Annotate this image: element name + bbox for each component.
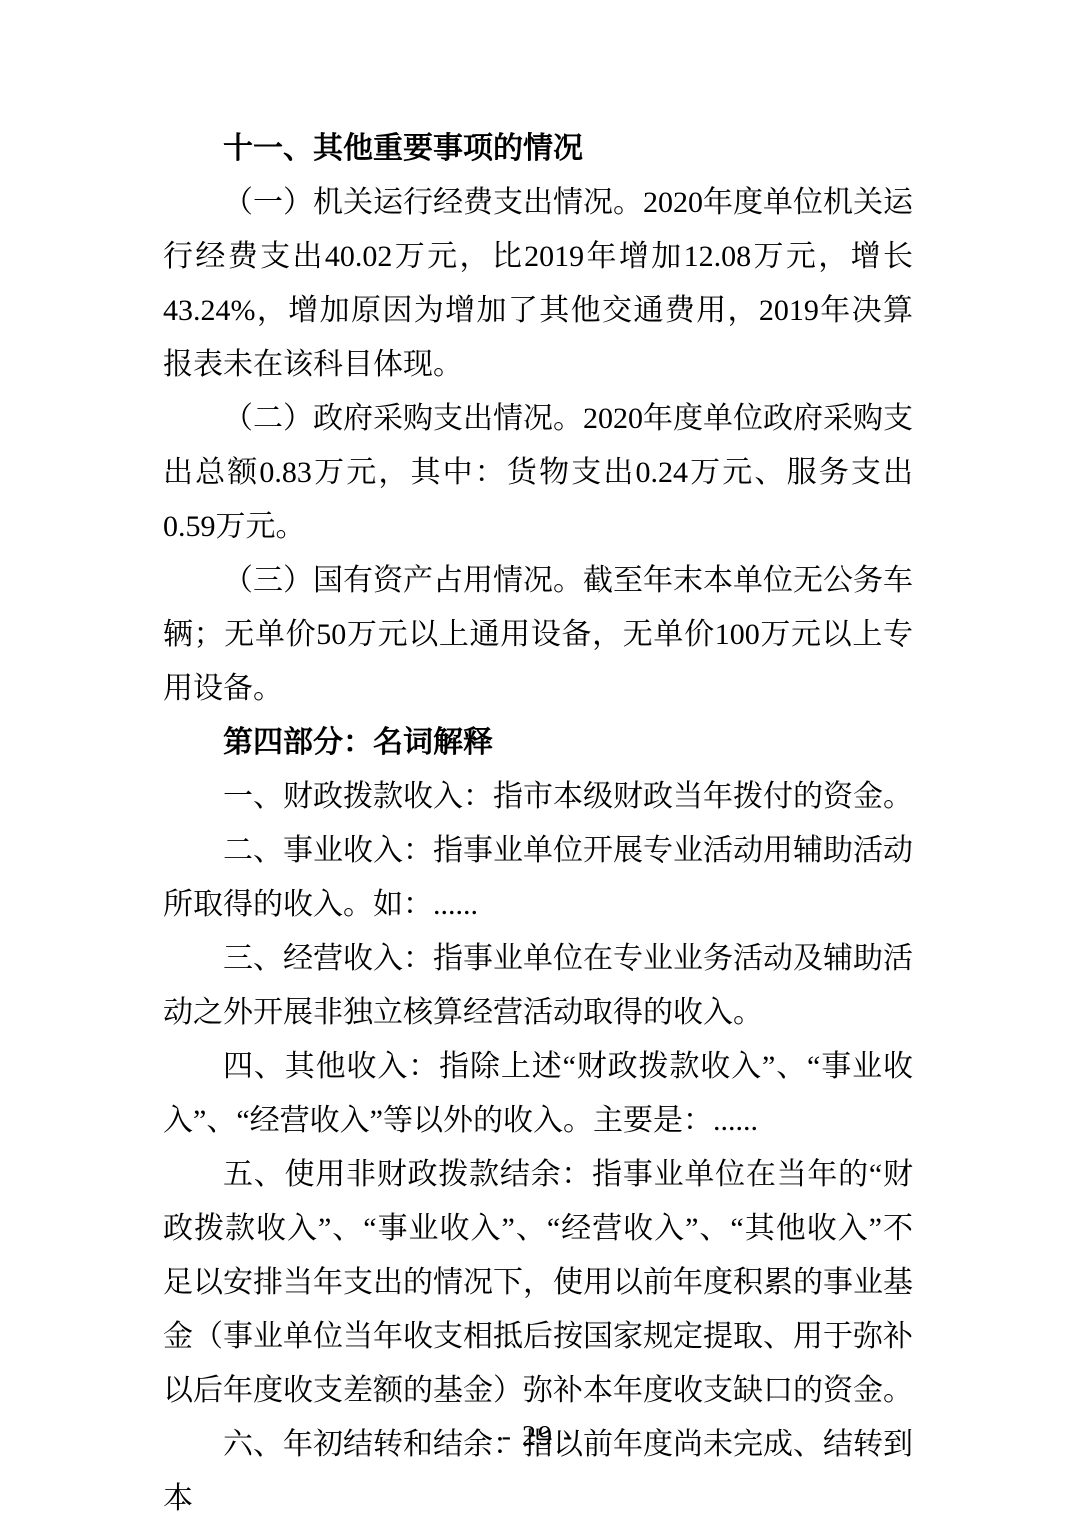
paragraph-government-procurement: （二）政府采购支出情况。2020年度单位政府采购支出总额0.83万元，其中：货物… — [163, 392, 913, 554]
paragraph-term-operational-income: 二、事业收入：指事业单位开展专业活动用辅助活动所取得的收入。如：...... — [163, 824, 913, 932]
paragraph-term-non-fiscal-balance-use: 五、使用非财政拨款结余：指事业单位在当年的“财政拨款收入”、“事业收入”、“经营… — [163, 1148, 913, 1418]
paragraph-state-asset-occupancy: （三）国有资产占用情况。截至年末本单位无公务车辆；无单价50万元以上通用设备，无… — [163, 554, 913, 716]
paragraph-term-business-income: 三、经营收入：指事业单位在专业业务活动及辅助活动之外开展非独立核算经营活动取得的… — [163, 932, 913, 1040]
section-heading-glossary: 第四部分：名词解释 — [163, 716, 913, 770]
section-heading-other-important-matters: 十一、其他重要事项的情况 — [163, 122, 913, 176]
paragraph-term-other-income: 四、其他收入：指除上述“财政拨款收入”、“事业收入”、“经营收入”等以外的收入。… — [163, 1040, 913, 1148]
paragraph-agency-operating-expense: （一）机关运行经费支出情况。2020年度单位机关运行经费支出40.02万元，比2… — [163, 176, 913, 392]
paragraph-term-fiscal-appropriation-income: 一、财政拨款收入：指市本级财政当年拨付的资金。 — [163, 770, 913, 824]
document-page: 十一、其他重要事项的情况 （一）机关运行经费支出情况。2020年度单位机关运行经… — [0, 0, 1074, 1520]
document-body: 十一、其他重要事项的情况 （一）机关运行经费支出情况。2020年度单位机关运行经… — [163, 122, 913, 1520]
page-number: - 29 - — [163, 1420, 913, 1454]
